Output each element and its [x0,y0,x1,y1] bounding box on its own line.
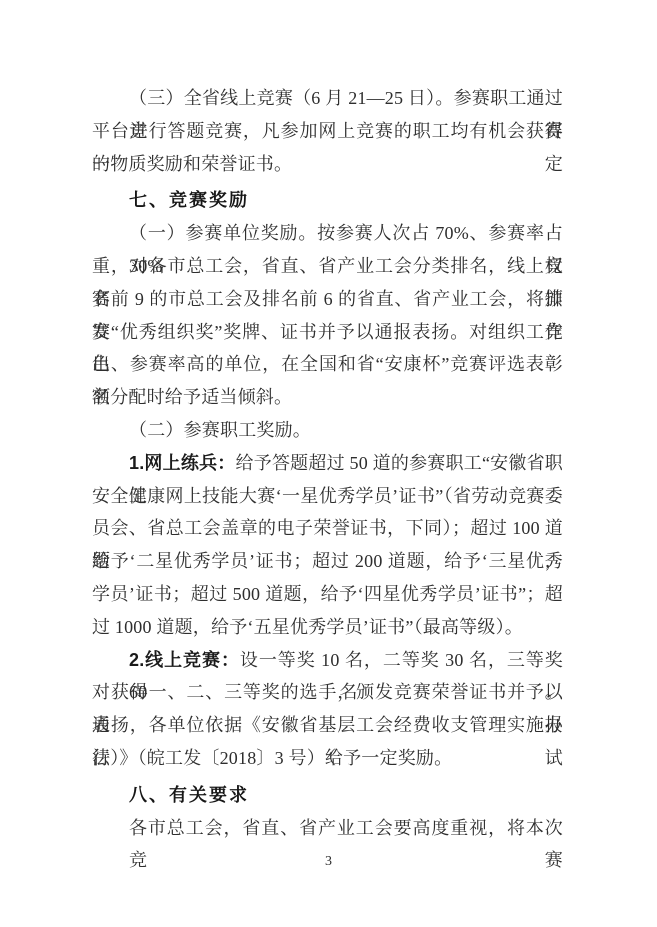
document-page: （三）全省线上竞赛（6 月 21—25 日）。参赛职工通过竞赛 平台进行答题竞赛… [0,0,657,927]
text-line: 额分配时给予适当倾斜。 [92,381,563,414]
text-line: 2.线上竞赛：设一等奖 10 名，二等奖 30 名，三等奖 60 名。 [92,644,563,677]
text-line: 表扬，各单位依据《安徽省基层工会经费收支管理实施办法（试 [92,709,563,742]
text-line: 过 1000 道题，给予‘五星优秀学员’证书”（最高等级）。 [92,611,563,644]
text-line: 各市总工会，省直、省产业工会要高度重视，将本次竞赛 [92,812,563,845]
text-line: 色、参赛率高的单位，在全国和省“安康杯”竞赛评选表彰名 [92,348,563,381]
text-line: （二）参赛职工奖励。 [92,414,563,447]
text-line: 赛“优秀组织奖”奖牌、证书并予以通报表扬。对组织工作出 [92,316,563,349]
section-heading-8: 八、有关要求 [92,779,563,812]
text-line: （一）参赛单位奖励。按参赛人次占 70%、参赛率占 30%权 [92,217,563,250]
text-line: 给予‘二星优秀学员’证书；超过 200 道题，给予‘三星优秀 [92,545,563,578]
text-line: 名前 9 的市总工会及排名前 6 的省直、省产业工会，将颁发竞 [92,283,563,316]
text-line: 安全健康网上技能大赛‘一星优秀学员’证书”（省劳动竞赛委 [92,480,563,513]
text-line: 1.网上练兵：给予答题超过 50 道的参赛职工“安徽省职工 [92,447,563,480]
text-line: 重，对各市总工会，省直、省产业工会分类排名，线上竞赛排 [92,250,563,283]
text-line: 员会、省总工会盖章的电子荣誉证书，下同）；超过 100 道题， [92,512,563,545]
text-line: 学员’证书；超过 500 道题，给予‘四星优秀学员’证书”；超 [92,578,563,611]
text-line: 对获得一、二、三等奖的选手，颁发竞赛荣誉证书并予以通报 [92,676,563,709]
document-body: （三）全省线上竞赛（6 月 21—25 日）。参赛职工通过竞赛 平台进行答题竞赛… [92,82,563,844]
text-line: （三）全省线上竞赛（6 月 21—25 日）。参赛职工通过竞赛 [92,82,563,115]
list-item-label: 1.网上练兵： [129,453,236,473]
section-heading-7: 七、竞赛奖励 [92,184,563,217]
page-number: 3 [0,852,657,872]
list-item-label: 2.线上竞赛： [129,650,240,670]
text-line: 平台进行答题竞赛，凡参加网上竞赛的职工均有机会获得一定 [92,115,563,148]
